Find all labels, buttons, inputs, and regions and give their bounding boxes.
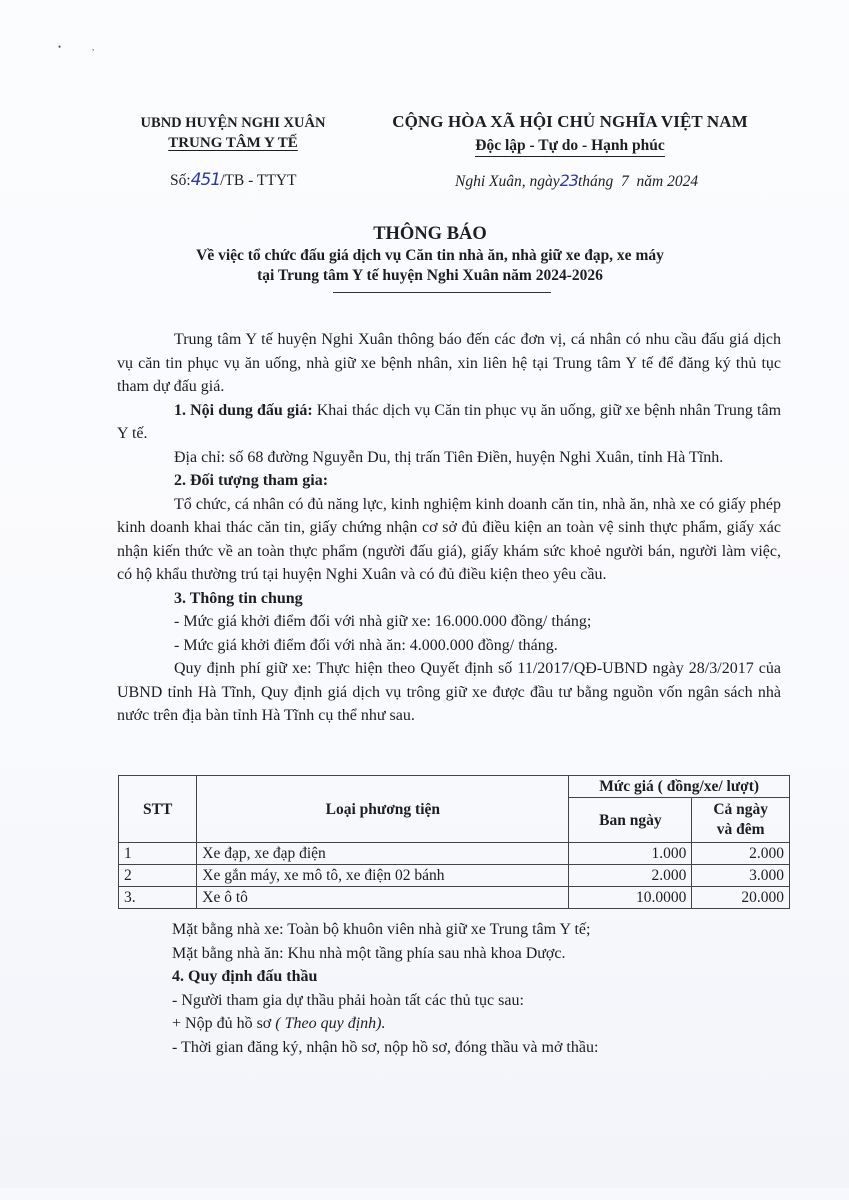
header-day-and-night: Cả ngày và đêm: [692, 798, 790, 843]
scan-speck: •: [58, 42, 61, 52]
cell-daytime: 2.000: [569, 865, 692, 887]
header-vehicle-type: Loại phương tiện: [197, 776, 569, 843]
place-and-date: Nghi Xuân, ngày23tháng 7 năm 2024: [455, 171, 698, 191]
notice-body: Trung tâm Y tế huyện Nghi Xuân thông báo…: [117, 328, 781, 728]
table-header-row: STT Loại phương tiện Mức giá ( đồng/xe/ …: [119, 776, 790, 798]
section-3-label: 3. Thông tin chung: [117, 587, 781, 611]
after-table-text: Mặt bằng nhà xe: Toàn bộ khuôn viên nhà …: [172, 918, 792, 1059]
notice-subject-line-1: Về việc tổ chức đấu giá dịch vụ Căn tin …: [100, 246, 760, 266]
handwritten-number: 451: [191, 170, 220, 190]
cell-day-and-night: 20.000: [692, 887, 790, 909]
title-divider: [333, 292, 551, 293]
document-page: • , UBND HUYỆN NGHI XUÂN TRUNG TÂM Y TẾ …: [0, 0, 849, 1188]
table-row: 3. Xe ô tô 10.0000 20.000: [119, 887, 790, 909]
address-paragraph: Địa chỉ: số 68 đường Nguyễn Du, thị trấn…: [117, 446, 781, 470]
national-motto: Độc lập - Tự do - Hạnh phúc: [475, 136, 664, 157]
nation-name: CỘNG HÒA XÃ HỘI CHỦ NGHĨA VIỆT NAM: [360, 110, 780, 134]
cell-daytime: 1.000: [569, 843, 692, 865]
intro-paragraph: Trung tâm Y tế huyện Nghi Xuân thông báo…: [117, 328, 781, 399]
section-4-label: 4. Quy định đấu thầu: [172, 965, 792, 989]
table-row: 2 Xe gắn máy, xe mô tô, xe điện 02 bánh …: [119, 865, 790, 887]
document-number: Số:451/TB - TTYT: [170, 170, 296, 190]
parking-area: Mặt bằng nhà xe: Toàn bộ khuôn viên nhà …: [172, 918, 792, 942]
authority-name: UBND HUYỆN NGHI XUÂN: [108, 113, 358, 133]
cell-day-and-night: 2.000: [692, 843, 790, 865]
issuing-agency-block: UBND HUYỆN NGHI XUÂN TRUNG TÂM Y TẾ: [108, 113, 358, 153]
cell-vehicle: Xe gắn máy, xe mô tô, xe điện 02 bánh: [197, 865, 569, 887]
national-heading-block: CỘNG HÒA XÃ HỘI CHỦ NGHĨA VIỆT NAM Độc l…: [360, 110, 780, 158]
section-2-label: 2. Đối tượng tham gia:: [117, 469, 781, 493]
cell-stt: 1: [119, 843, 197, 865]
section-4-line-2: + Nộp đủ hồ sơ ( Theo quy định).: [172, 1012, 792, 1036]
section-1-label: 1. Nội dung đấu giá:: [174, 402, 313, 419]
section-4-line-1: - Người tham gia dự thầu phải hoàn tất c…: [172, 989, 792, 1013]
section-4-line-3: - Thời gian đăng ký, nhận hồ sơ, nộp hồ …: [172, 1036, 792, 1060]
header-daytime: Ban ngày: [569, 798, 692, 843]
fee-rule-paragraph: Quy định phí giữ xe: Thực hiện theo Quyế…: [117, 657, 781, 728]
scan-speck: ,: [92, 42, 94, 52]
notice-heading: THÔNG BÁO: [100, 222, 760, 246]
cell-day-and-night: 3.000: [692, 865, 790, 887]
cell-daytime: 10.0000: [569, 887, 692, 909]
cell-stt: 2: [119, 865, 197, 887]
cell-vehicle: Xe ô tô: [197, 887, 569, 909]
notice-subject-line-2: tại Trung tâm Y tế huyện Nghi Xuân năm 2…: [100, 266, 760, 286]
parking-fee-table: STT Loại phương tiện Mức giá ( đồng/xe/ …: [118, 775, 790, 909]
cell-vehicle: Xe đạp, xe đạp điện: [197, 843, 569, 865]
section-2-paragraph: Tổ chức, cá nhân có đủ năng lực, kinh ng…: [117, 493, 781, 587]
handwritten-day: 23: [560, 171, 578, 190]
starting-price-canteen: - Mức giá khởi điểm đối với nhà ăn: 4.00…: [117, 634, 781, 658]
section-1-paragraph: 1. Nội dung đấu giá: Khai thác dịch vụ C…: [117, 399, 781, 446]
agency-name: TRUNG TÂM Y TẾ: [108, 133, 358, 153]
header-stt: STT: [119, 776, 197, 843]
header-price-group: Mức giá ( đồng/xe/ lượt): [569, 776, 790, 798]
starting-price-parking: - Mức giá khởi điểm đối với nhà giữ xe: …: [117, 610, 781, 634]
notice-title-block: THÔNG BÁO Về việc tổ chức đấu giá dịch v…: [100, 222, 760, 286]
table-row: 1 Xe đạp, xe đạp điện 1.000 2.000: [119, 843, 790, 865]
cell-stt: 3.: [119, 887, 197, 909]
canteen-area: Mặt bằng nhà ăn: Khu nhà một tầng phía s…: [172, 942, 792, 966]
